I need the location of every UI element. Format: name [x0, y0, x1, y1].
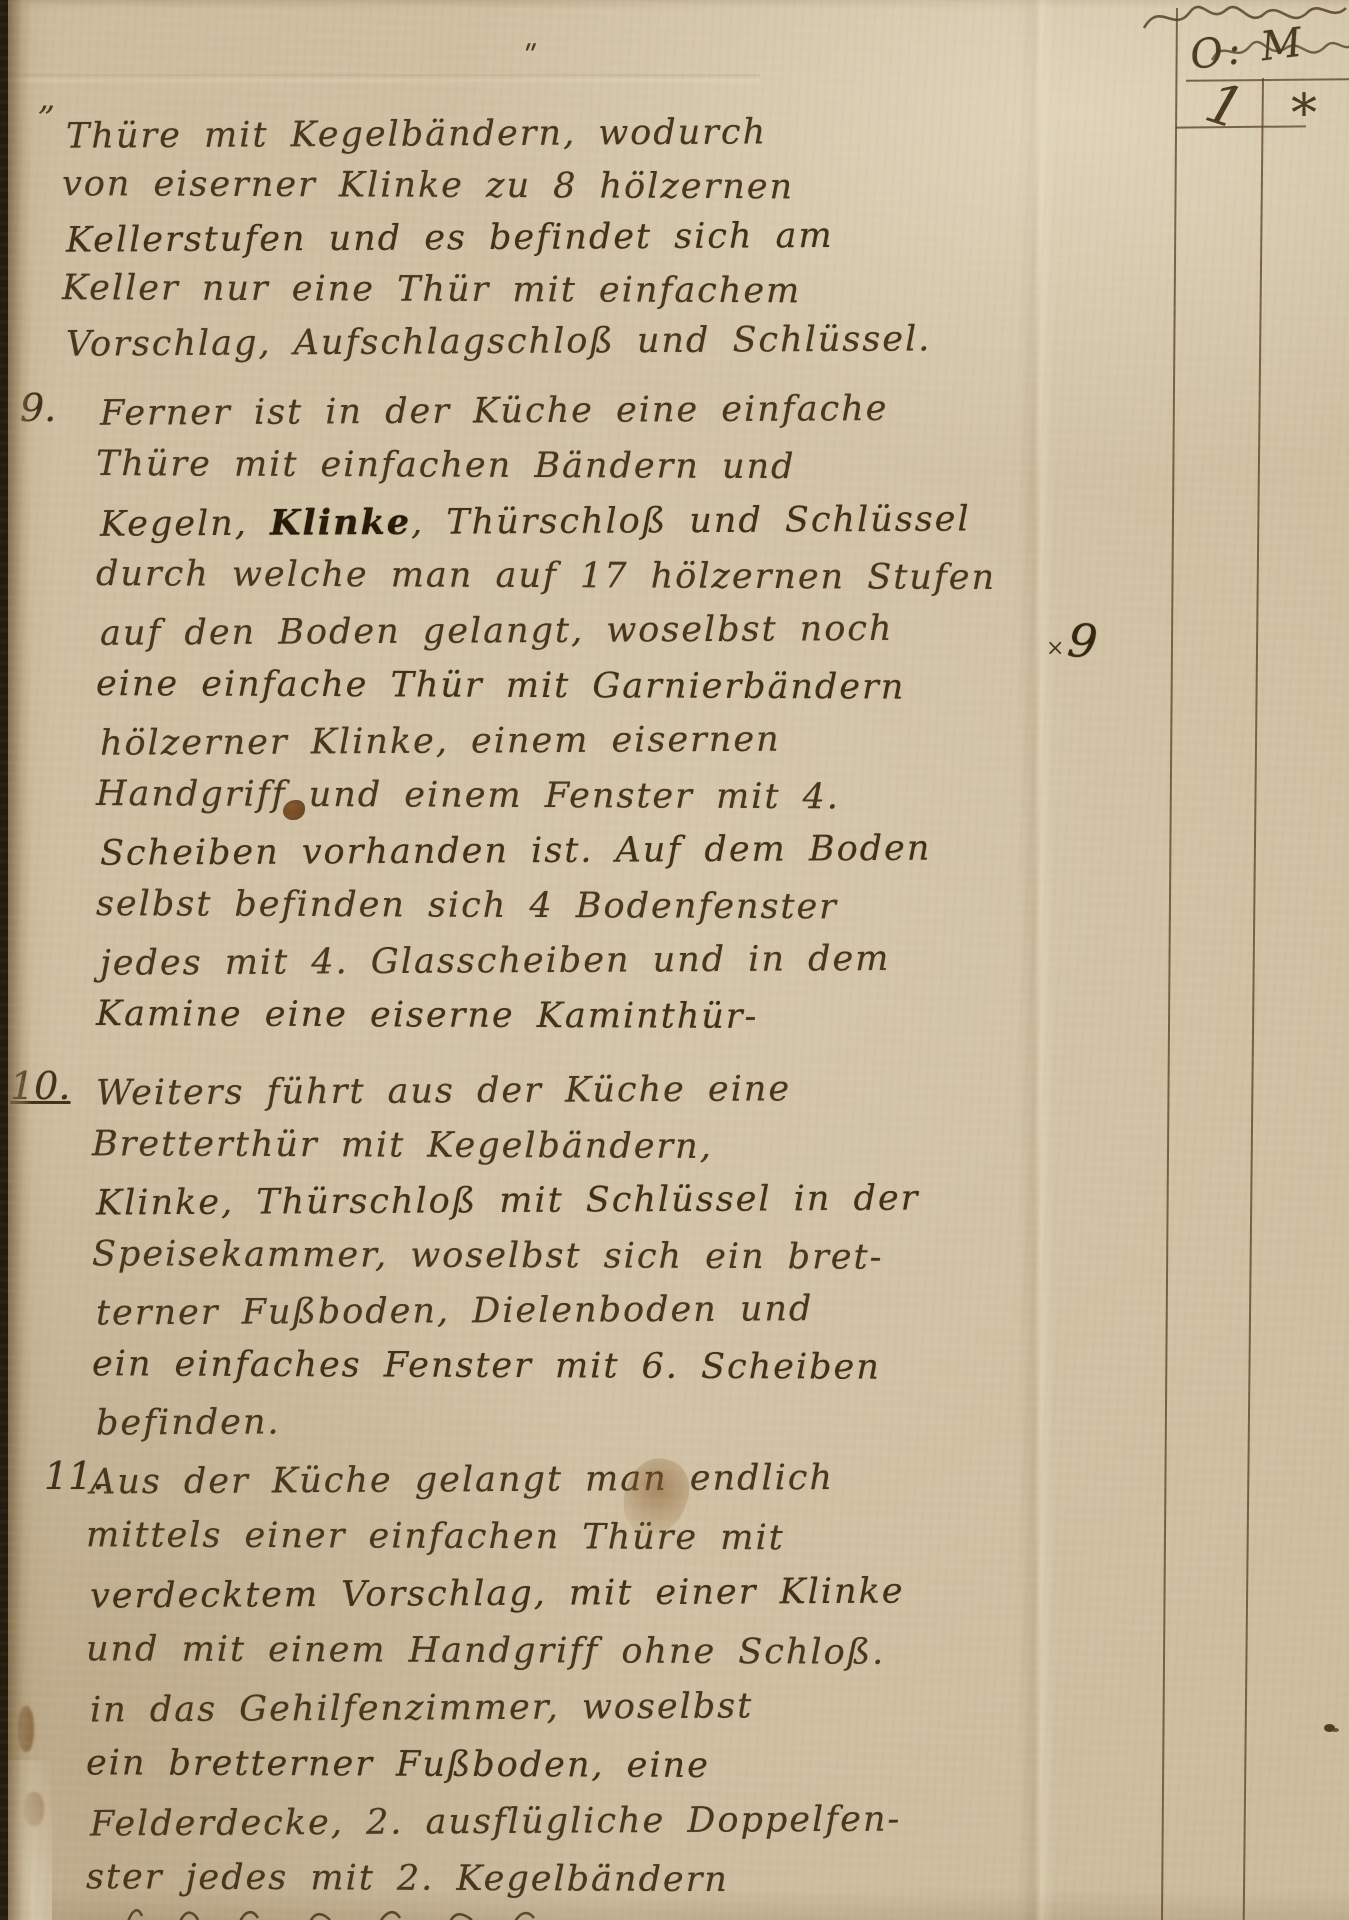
paragraph-lines: Aus der Küche gelangt man endlichmittels… — [86, 1452, 901, 1908]
handwriting-line: Felderdecke, 2. ausflügliche Doppelfen- — [90, 1791, 905, 1853]
dark-fleck — [1324, 1724, 1335, 1732]
handwriting-line: ein einfaches Fenster mit 6. Scheiben — [92, 1337, 916, 1396]
interlinear-caret: × — [1046, 636, 1064, 661]
handwriting-line: Klinke, Thürschloß mit Schlüssel in der — [96, 1171, 920, 1231]
manuscript-page: O: M 1 * ʺ „ Thüre mit Kegelbändern, wod… — [0, 0, 1349, 1920]
handwriting-line: Handgriff und einem Fenster mit 4. — [96, 767, 996, 826]
handwriting-line: Weiters führt aus der Küche eine — [96, 1061, 920, 1121]
handwriting-line: mittels einer einfachen Thüre mit — [86, 1507, 901, 1568]
margin-rule-vertical-2 — [1243, 78, 1264, 1920]
paragraph-lines: Weiters führt aus der Küche eineBrettert… — [92, 1064, 915, 1449]
header-rule-horizontal-1 — [1186, 78, 1349, 81]
left-page-edge-shadow — [8, 0, 32, 1920]
paragraph-9: 9. Ferner ist in der Küche eine einfache… — [96, 384, 996, 1044]
handwriting-line: ein bretterner Fußboden, eine — [86, 1735, 901, 1796]
handwriting-line: Aus der Küche gelangt man endlich — [90, 1449, 905, 1511]
horizontal-crease — [0, 74, 760, 84]
handwriting-line: ster jedes mit 2. Kegelbändern — [86, 1849, 901, 1910]
handwriting-line: Vorschlag, Aufschlagschloß und Schlüssel… — [66, 313, 932, 370]
cut-off-line-strokes — [120, 1906, 550, 1920]
header-rule-horizontal-2 — [1176, 125, 1306, 128]
handwriting-line: hölzerner Klinke, einem eisernen — [100, 711, 1000, 771]
handwriting-line: eine einfache Thür mit Garnierbändern — [96, 657, 996, 716]
paragraph-lines: Thüre mit Kegelbändern, wodurchvon eiser… — [62, 108, 927, 368]
handwriting-line: Ferner ist in der Küche eine einfache — [100, 381, 1000, 441]
handwriting-line: Bretterthür mit Kegelbändern, — [92, 1117, 916, 1176]
handwriting-line: Scheiben vorhanden ist. Auf dem Boden — [100, 821, 1000, 881]
handwriting-line: Kellerstufen und es befindet sich am — [66, 209, 932, 266]
handwriting-line: Thüre mit Kegelbändern, wodurch — [66, 105, 932, 162]
handwriting-line: jedes mit 4. Glasscheiben und in dem — [100, 931, 1000, 991]
paragraph-11: 11. Aus der Küche gelangt man endlichmit… — [86, 1452, 901, 1908]
handwriting-line: selbst befinden sich 4 Bodenfenster — [96, 877, 996, 936]
paragraph-10: 10. Weiters führt aus der Küche eineBret… — [92, 1064, 915, 1449]
insertion-mark: ʺ — [524, 40, 538, 75]
interlinear-number: 9 — [1065, 613, 1100, 670]
handwriting-line: Kegeln, Klinke, Thürschloß und Schlüssel — [100, 491, 1000, 551]
handwriting-line: verdecktem Vorschlag, mit einer Klinke — [90, 1563, 905, 1625]
handwriting-line: Kamine eine eiserne Kaminthür- — [96, 987, 996, 1046]
opening-quote-mark: „ — [38, 78, 56, 118]
handwriting-line: in das Gehilfenzimmer, woselbst — [90, 1677, 905, 1739]
column-cell-star-mark: * — [1291, 84, 1317, 144]
handwriting-line: Keller nur eine Thür mit einfachem — [62, 262, 928, 318]
handwriting-line: auf den Boden gelangt, woselbst noch — [100, 601, 1000, 661]
left-scan-edge — [0, 0, 8, 1920]
handwriting-line: Speisekammer, woselbst sich ein bret- — [92, 1227, 916, 1286]
margin-rule-vertical-1 — [1161, 8, 1178, 1920]
handwriting-line: befinden. — [96, 1391, 920, 1451]
paragraph-lines: Ferner ist in der Küche eine einfacheThü… — [96, 384, 996, 1044]
handwriting-line: durch welche man auf 17 hölzernen Stufen — [96, 547, 996, 606]
handwriting-line: Thüre mit einfachen Bändern und — [96, 437, 996, 496]
handwriting-line: und mit einem Handgriff ohne Schloß. — [86, 1621, 901, 1682]
handwriting-line: von eiserner Klinke zu 8 hölzernen — [62, 158, 928, 214]
handwriting-line: terner Fußboden, Dielenboden und — [96, 1281, 920, 1341]
paragraph-intro: Thüre mit Kegelbändern, wodurchvon eiser… — [62, 108, 927, 368]
